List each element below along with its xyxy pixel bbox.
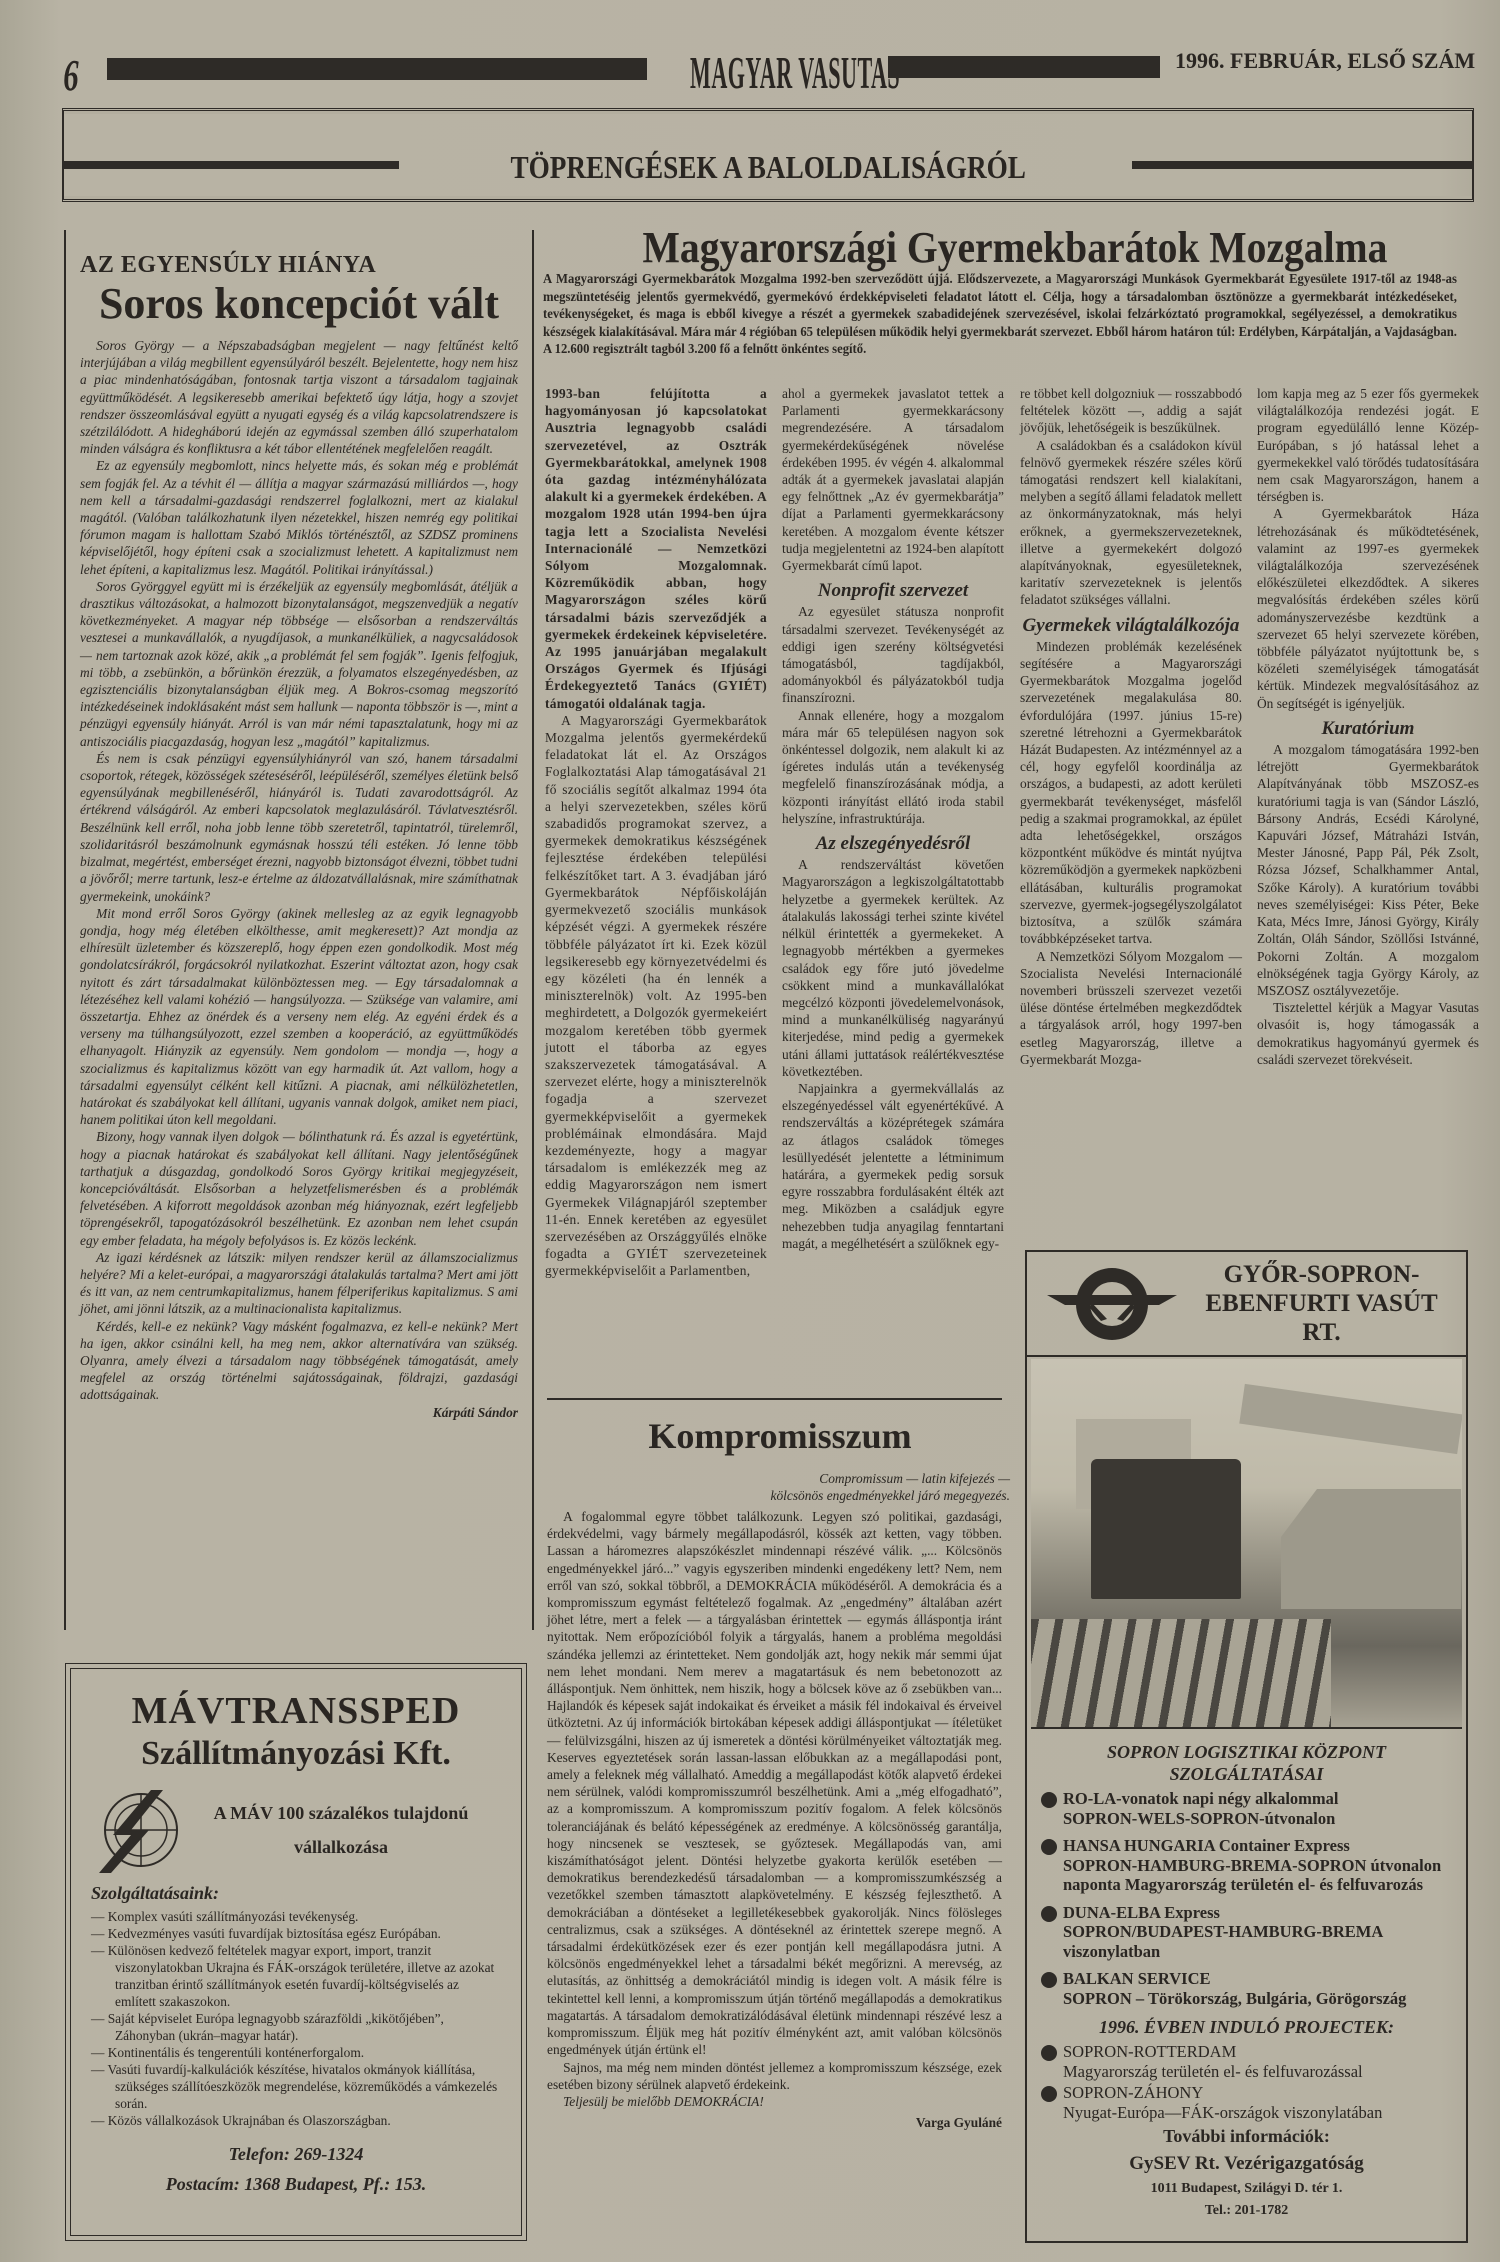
paragraph: A Nemzetközi Sólyom Mozgalom — Szocialis… xyxy=(1020,948,1242,1068)
ad-company-name: MÁVTRANSSPED xyxy=(91,1689,501,1733)
paragraph: Ez az egyensúly megbomlott, nincs helyet… xyxy=(80,457,518,577)
project-item: SOPRON-ZÁHONYNyugat-Európa—FÁK-országok … xyxy=(1041,2083,1452,2122)
masthead: 6 MAGYAR VASUTAS 1996. FEBRUÁR, ELSŐ SZÁ… xyxy=(0,40,1500,100)
masthead-bar-left xyxy=(107,58,647,80)
gysev-ad-body: SOPRON LOGISZTIKAI KÖZPONT SZOLGÁLTATÁSA… xyxy=(1027,1731,1466,2229)
section-banner: TÖPRENGÉSEK A BALOLDALISÁGRÓL xyxy=(62,108,1474,202)
article-body: Soros György — a Népszabadságban megjele… xyxy=(80,337,518,1421)
ad-contact: Telefon: 269-1324 Postacím: 1368 Budapes… xyxy=(91,2139,501,2199)
bullet-icon xyxy=(1041,1839,1057,1855)
gysev-winged-wheel-logo-icon xyxy=(1047,1259,1177,1349)
gysev-company-name: GYŐR-SOPRON- EBENFURTI VASÚT RT. xyxy=(1177,1260,1466,1347)
service-item: — Közös vállalkozások Ukrajnában és Olas… xyxy=(91,2112,501,2129)
paragraph: Mindezen problémák kezelésének segítésér… xyxy=(1020,638,1242,948)
gysev-services-list: RO-LA-vonatok napi négy alkalommalSOPRON… xyxy=(1041,1789,1452,2008)
photo-crane-arm xyxy=(1239,1384,1462,1454)
gysev-ad: GYŐR-SOPRON- EBENFURTI VASÚT RT. SOPRON … xyxy=(1025,1250,1468,2243)
ad-tagline: A MÁV 100 százalékos tulajdonú vállalkoz… xyxy=(181,1796,501,1864)
gysev-projects-heading: 1996. ÉVBEN INDULÓ PROJECTEK: xyxy=(1041,2016,1452,2038)
soros-article: AZ EGYENSÚLY HIÁNYA Soros koncepciót vál… xyxy=(64,230,534,1630)
bullet-icon xyxy=(1041,1906,1057,1922)
gysev-services-heading: SOPRON LOGISZTIKAI KÖZPONT SZOLGÁLTATÁSA… xyxy=(1041,1741,1452,1785)
bullet-icon xyxy=(1041,2045,1057,2061)
gysev-projects-list: SOPRON-ROTTERDAMMagyarország területén e… xyxy=(1041,2042,1452,2122)
paragraph: A fogalommal egyre többet találkozunk. L… xyxy=(547,1508,1002,2059)
service-item: RO-LA-vonatok napi négy alkalommalSOPRON… xyxy=(1041,1789,1452,1828)
paragraph: Soros György — a Népszabadságban megjele… xyxy=(80,337,518,457)
gym-column-2: ahol a gyermekek javaslatot tettek a Par… xyxy=(782,385,1004,1252)
service-item: — Vasúti fuvardíj-kalkulációk készítése,… xyxy=(91,2061,501,2112)
ad-phone: Telefon: 269-1324 xyxy=(91,2139,501,2169)
bullet-icon xyxy=(1041,2086,1057,2102)
ad-logo-row: A MÁV 100 százalékos tulajdonú vállalkoz… xyxy=(91,1785,501,1875)
masthead-bar-right xyxy=(888,56,1160,78)
closing-line: Teljesülj be mielőbb DEMOKRÁCIA! xyxy=(547,2093,1002,2110)
info-heading: További információk: xyxy=(1041,2126,1452,2147)
gym-column-1: 1993-ban felújította a hagyományosan jó … xyxy=(545,385,767,1280)
gysev-ad-header: GYŐR-SOPRON- EBENFURTI VASÚT RT. xyxy=(1027,1252,1466,1357)
paragraph: Az egyesület státusza nonprofit társadal… xyxy=(782,603,1004,706)
paragraph: Bizony, hogy vannak ilyen dolgok — bólin… xyxy=(80,1128,518,1248)
service-item: HANSA HUNGARIA Container ExpressSOPRON-H… xyxy=(1041,1836,1452,1895)
issue-date: 1996. FEBRUÁR, ELSŐ SZÁM xyxy=(1175,48,1475,74)
author-byline: Varga Gyuláné xyxy=(547,2114,1002,2131)
paragraph: Sajnos, ma még nem minden döntést jellem… xyxy=(547,2059,1002,2093)
service-item: — Komplex vasúti szállítmányozási tevéke… xyxy=(91,1908,501,1925)
paragraph: Kérdés, kell-e ez nekünk? Vagy másként f… xyxy=(80,1318,518,1404)
article-headline: Soros koncepciót vált xyxy=(80,279,518,329)
paragraph: A családokban és a családokon kívül feln… xyxy=(1020,437,1242,609)
section-divider xyxy=(547,1398,1002,1400)
paragraph: 1993-ban felújította a hagyományosan jó … xyxy=(545,385,767,712)
service-item: — Kedvezményes vasúti fuvardíjak biztosí… xyxy=(91,1925,501,1942)
mavtransped-ad: MÁVTRANSSPED Szállítmányozási Kft. A MÁV… xyxy=(70,1668,522,2236)
paragraph: re többet kell dolgozniuk — rosszabbodó … xyxy=(1020,385,1242,437)
info-organization: GySEV Rt. Vezérigazgatóság xyxy=(1041,2153,1452,2175)
page-number: 6 xyxy=(63,50,78,101)
service-item: BALKAN SERVICESOPRON – Törökország, Bulg… xyxy=(1041,1969,1452,2008)
gym-column-3: re többet kell dolgozniuk — rosszabbodó … xyxy=(1020,385,1242,1068)
subhead-world-meeting: Gyermekek világtalálkozója xyxy=(1020,617,1242,634)
services-list: — Komplex vasúti szállítmányozási tevéke… xyxy=(91,1908,501,2129)
gym-article-lead: A Magyarországi Gyermekbarátok Mozgalma … xyxy=(543,270,1457,358)
komp-article-body: A fogalommal egyre többet találkozunk. L… xyxy=(547,1508,1002,2131)
paragraph: Annak ellenére, hogy a mozgalom mára már… xyxy=(782,707,1004,827)
newspaper-page: 6 MAGYAR VASUTAS 1996. FEBRUÁR, ELSŐ SZÁ… xyxy=(0,0,1500,2262)
service-item: — Saját képviselet Európa legnagyobb szá… xyxy=(91,2010,501,2044)
photo-reach-stacker xyxy=(1281,1489,1461,1609)
paragraph: Soros Györggyel együtt mi is érzékeljük … xyxy=(80,578,518,750)
paragraph: A Gyermekbarátok Háza létrehozásának és … xyxy=(1257,505,1479,711)
author-byline: Kárpáti Sándor xyxy=(80,1404,518,1421)
photo-railing xyxy=(1031,1619,1331,1729)
paragraph: Tisztelettel kérjük a Magyar Vasutas olv… xyxy=(1257,999,1479,1068)
section-title: TÖPRENGÉSEK A BALOLDALISÁGRÓL xyxy=(64,149,1472,186)
paragraph: ahol a gyermekek javaslatot tettek a Par… xyxy=(782,385,1004,574)
ad-company-type: Szállítmányozási Kft. xyxy=(91,1733,501,1775)
ad-postal-address: Postacím: 1368 Budapest, Pf.: 153. xyxy=(91,2169,501,2199)
truck-terminal-photo xyxy=(1031,1359,1462,1729)
publication-title: MAGYAR VASUTAS xyxy=(690,46,900,99)
info-address: 1011 Budapest, Szilágyi D. tér 1. xyxy=(1041,2181,1452,2197)
bullet-icon xyxy=(1041,1972,1057,1988)
info-phone: Tel.: 201-1782 xyxy=(1041,2203,1452,2219)
service-item: DUNA-ELBA ExpressSOPRON/BUDAPEST-HAMBURG… xyxy=(1041,1903,1452,1962)
paragraph: A mozgalom támogatására 1992-ben létrejö… xyxy=(1257,741,1479,999)
paragraph: Napjainkra a gyermekvállalás az elszegén… xyxy=(782,1080,1004,1252)
photo-truck-cab xyxy=(1091,1459,1241,1599)
service-item: — Kontinentális és tengerentúli konténer… xyxy=(91,2044,501,2061)
services-heading: Szolgáltatásaink: xyxy=(91,1883,501,1904)
subhead-poverty: Az elszegényedésről xyxy=(782,835,1004,852)
article-kicker: AZ EGYENSÚLY HIÁNYA xyxy=(80,252,518,279)
project-item: SOPRON-ROTTERDAMMagyarország területén e… xyxy=(1041,2042,1452,2081)
komp-article-headline: Kompromisszum xyxy=(540,1415,1020,1457)
gym-column-4: lom kapja meg az 5 ezer fős gyermekek vi… xyxy=(1257,385,1479,1068)
service-item: — Különösen kedvező feltételek magyar ex… xyxy=(91,1942,501,2010)
komp-epigraph: Compromissum — latin kifejezés — kölcsön… xyxy=(600,1470,1010,1504)
subhead-kuratorium: Kuratórium xyxy=(1257,720,1479,737)
paragraph: A Magyarországi Gyermekbarátok Mozgalma … xyxy=(545,712,767,1280)
paragraph: Az igazi kérdésnek az látszik: milyen re… xyxy=(80,1249,518,1318)
paragraph: A rendszerváltást követően Magyarországo… xyxy=(782,856,1004,1080)
subhead-nonprofit: Nonprofit szervezet xyxy=(782,582,1004,599)
paragraph: Mit mond erről Soros György (akinek mell… xyxy=(80,905,518,1129)
bullet-icon xyxy=(1041,1792,1057,1808)
gym-article-headline: Magyarországi Gyermekbarátok Mozgalma xyxy=(610,222,1420,273)
paragraph: lom kapja meg az 5 ezer fős gyermekek vi… xyxy=(1257,385,1479,505)
mavtransped-logo-icon xyxy=(91,1785,181,1875)
paragraph: És nem is csak pénzügyi egyensúlyhiányró… xyxy=(80,750,518,905)
